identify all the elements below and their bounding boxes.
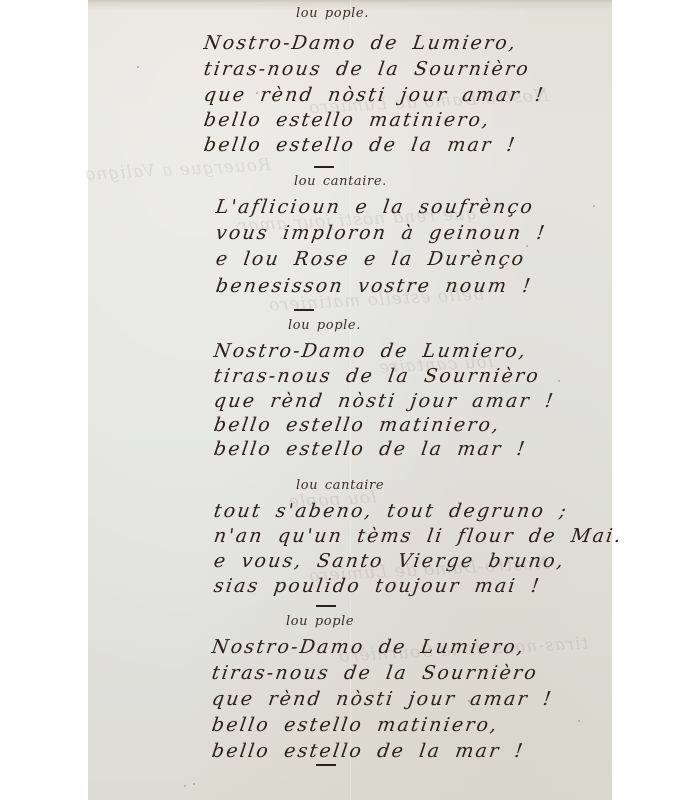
verse-line: que rènd nòsti jour amar ! [212,390,556,412]
verse-line: benesisson vostre noum ! [214,275,533,297]
verse-line: e lou Rose e la Durènço [214,248,526,270]
verse-line: tout s'abeno, tout degruno ; [212,500,569,522]
stanza-heading: lou pople. [296,6,369,21]
verse-line: tiras-nous de la Sournièro [212,365,541,387]
manuscript-page: Nostro-Damo de Lumiero Rouergue a Valign… [88,0,612,800]
verse-line: que rènd nòsti jour amar ! [210,688,554,710]
verse-line: bello estello de la mar ! [212,438,528,460]
verse-line: Nostro-Damo de Lumiero, [212,340,528,362]
stanza-divider [294,309,314,311]
stanza-heading: lou pople. [288,318,361,333]
verse-line: tiras-nous de la Sournièro [210,662,539,684]
verse-line: vous imploron à geinoun ! [214,222,548,244]
stanza-divider [314,166,334,168]
stanza-heading: lou cantaire. [294,174,387,189]
stanza-divider [316,605,336,607]
poem: lou pople. Nostro-Damo de Lumiero, tiras… [88,0,612,800]
verse-line: L'aflicioun e la soufrènço [214,196,535,218]
stanza-heading: lou pople [286,614,354,629]
verse-line: n'an qu'un tèms li flour de Mai. [212,525,624,547]
verse-line: e vous, Santo Vierge bruno, [212,550,566,572]
verse-line: bello estello de la mar ! [210,740,526,762]
verse-line: bello estello matiniero, [212,414,502,436]
verse-line: bello estello matiniero, [210,714,500,736]
stanza-divider [316,764,336,766]
stanza-heading: lou cantaire [296,478,384,493]
verse-line: tiras-nous de la Sournièro [202,58,531,80]
verse-line: bello estello matiniero, [202,109,492,131]
verse-line: Nostro-Damo de Lumiero, [210,636,526,658]
verse-line: que rènd nòsti jour amar ! [202,84,546,106]
verse-line: sias poulido toujour mai ! [212,575,542,597]
verse-line: bello estello de la mar ! [202,134,518,156]
verse-line: Nostro-Damo de Lumiero, [202,32,518,54]
